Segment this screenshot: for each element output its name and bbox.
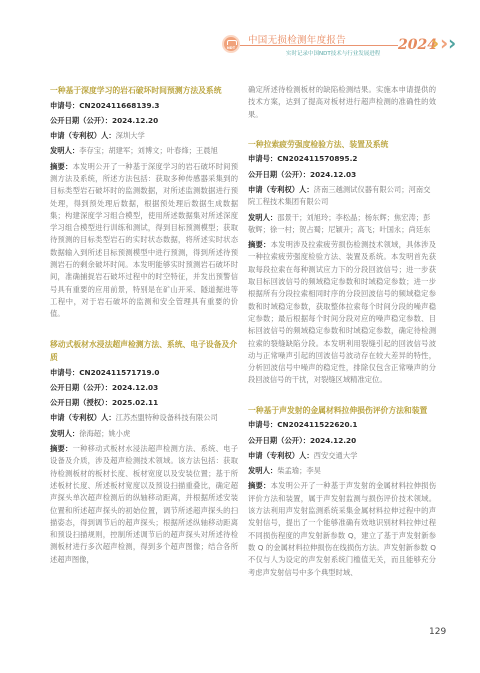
chevron-right-icon: ›: [431, 33, 439, 53]
patent-entry: 一种拉索疲劳强度检验方法、装置及系统 申请号：CN202411570895.2 …: [248, 138, 436, 387]
inventor-field: 发明人：柴孟瑜；李昊: [248, 465, 436, 477]
grant-date-field: 公开日期（授权）：2025.02.11: [50, 397, 238, 409]
report-subtitle: 实时记录中国NDT技术与行业发展进程: [286, 49, 380, 57]
report-header: NDT 中国无损检测年度报告 实时记录中国NDT技术与行业发展进程 2024 ›…: [218, 27, 468, 63]
right-column: 确定所述待检测板材的缺陷检测结果。实施本申请提供的技术方案，达到了提高对板材进行…: [248, 84, 436, 582]
app-no-field: 申请号：CN202411571719.0: [50, 367, 238, 379]
chevron-right-icon: ›: [448, 33, 456, 53]
abstract-field: 摘要：本发明公开了一种基于声发射的金属材料拉伸损伤评价方法和装置，属于声发射监测…: [248, 480, 436, 578]
ndt-logo-icon: NDT: [222, 35, 240, 53]
patent-entry: 移动式板材水浸法超声检测方法、系统、电子设备及介质 申请号：CN20241157…: [50, 338, 238, 566]
pub-date-field: 公开日期（公开）：2024.12.03: [50, 382, 238, 394]
app-no-field: 申请号：CN202411522620.1: [248, 419, 436, 431]
abstract-field: 摘要：本发明公开了一种基于深度学习的岩石破坏时间预测方法及系统，所述方法包括：获…: [50, 161, 238, 321]
patent-title: 一种基于声发射的金属材料拉伸损伤评价方法和装置: [248, 404, 436, 418]
chevron-right-icon: ›: [440, 33, 448, 53]
applicant-field: 申请（专利权）人：深圳大学: [50, 130, 238, 142]
pub-date-field: 公开日期（公开）：2024.12.03: [248, 169, 436, 181]
abstract-continuation: 确定所述待检测板材的缺陷检测结果。实施本申请提供的技术方案，达到了提高对板材进行…: [248, 84, 436, 121]
left-column: 一种基于深度学习的岩石破坏时间预测方法及系统 申请号：CN20241166813…: [50, 84, 238, 569]
applicant-field: 申请（专利权）人：江苏杰盟特种设备科技有限公司: [50, 412, 238, 424]
abstract-field: 摘要：本发明涉及拉索疲劳损伤检测技术领域，具体涉及一种拉索疲劳强度检验方法、装置…: [248, 239, 436, 387]
patent-title: 移动式板材水浸法超声检测方法、系统、电子设备及介质: [50, 338, 238, 365]
inventor-field: 发明人：邵景干；刘旭玲；李松晶；杨东辉；焦宏涛；彭敬辉；徐一村；贺占蜀；尼颖升；…: [248, 212, 436, 237]
patent-entry: 一种基于声发射的金属材料拉伸损伤评价方法和装置 申请号：CN2024115226…: [248, 404, 436, 579]
app-no-field: 申请号：CN202411668139.3: [50, 100, 238, 112]
report-title: 中国无损检测年度报告: [248, 32, 346, 46]
page-number: 129: [429, 627, 446, 637]
applicant-field: 申请（专利权）人：济南三越测试仪器有限公司；河南交院工程技术集团有限公司: [248, 184, 436, 209]
patent-title: 一种基于深度学习的岩石破坏时间预测方法及系统: [50, 84, 238, 98]
patent-entry: 一种基于深度学习的岩石破坏时间预测方法及系统 申请号：CN20241166813…: [50, 84, 238, 321]
header-divider: [240, 45, 398, 46]
inventor-field: 发明人：李存宝；胡建军；刘博文；叶春烽；王晨旭: [50, 145, 238, 157]
applicant-field: 申请（专利权）人：西安交通大学: [248, 450, 436, 462]
patent-title: 一种拉索疲劳强度检验方法、装置及系统: [248, 138, 436, 152]
abstract-field: 摘要：一种移动式板材水浸法超声检测方法、系统、电子设备及介质，涉及超声检测技术领…: [50, 443, 238, 566]
app-no-field: 申请号：CN202411570895.2: [248, 153, 436, 165]
pub-date-field: 公开日期（公开）：2024.12.20: [50, 115, 238, 127]
inventor-field: 发明人：徐海超；姚小虎: [50, 428, 238, 440]
pub-date-field: 公开日期（公开）：2024.12.20: [248, 435, 436, 447]
